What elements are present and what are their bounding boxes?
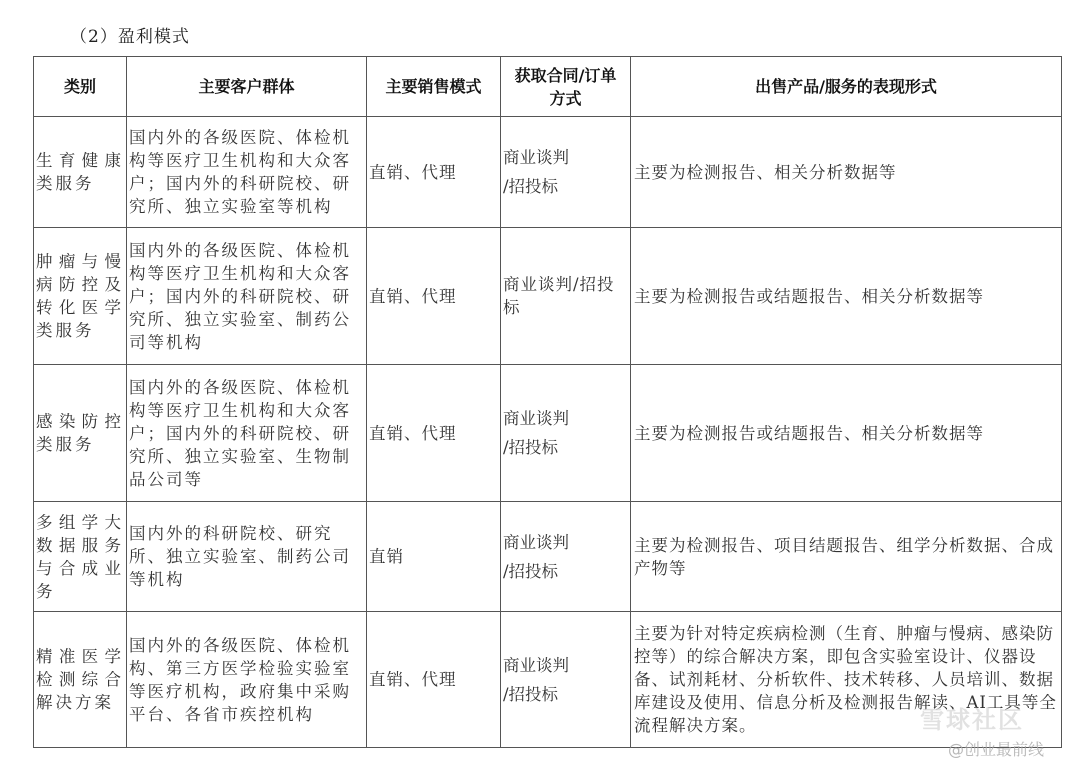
table-row: 感染防控类服务 国内外的各级医院、体检机构等医疗卫生机构和大众客户；国内外的科研… bbox=[34, 365, 1062, 502]
table-header-row: 类别 主要客户群体 主要销售模式 获取合同/订单 方式 出售产品/服务的表现形式 bbox=[34, 57, 1062, 117]
header-acquisition-line2: 方式 bbox=[501, 87, 630, 110]
cell-category: 感染防控类服务 bbox=[34, 365, 127, 502]
cell-acquisition: 商业谈判 /招投标 bbox=[501, 117, 631, 228]
acquisition-line1: 商业谈判 bbox=[503, 651, 628, 680]
cell-product-form: 主要为检测报告或结题报告、相关分析数据等 bbox=[631, 228, 1062, 365]
acquisition-line1: 商业谈判 bbox=[503, 404, 628, 433]
acquisition-line1: 商业谈判 bbox=[503, 528, 628, 557]
acquisition-line2: /招投标 bbox=[503, 433, 628, 462]
cell-sales-mode: 直销、代理 bbox=[367, 612, 501, 748]
cell-product-form: 主要为检测报告、相关分析数据等 bbox=[631, 117, 1062, 228]
acquisition-line2: /招投标 bbox=[503, 680, 628, 709]
cell-acquisition: 商业谈判 /招投标 bbox=[501, 365, 631, 502]
header-customers: 主要客户群体 bbox=[127, 57, 367, 117]
cell-customers: 国内外的科研院校、研究所、独立实验室、制药公司等机构 bbox=[127, 502, 367, 612]
table-row: 精准医学检测综合解决方案 国内外的各级医院、体检机构、第三方医学检验实验室等医疗… bbox=[34, 612, 1062, 748]
watermark-overlay: 雪球社区 bbox=[920, 700, 1024, 735]
cell-customers: 国内外的各级医院、体检机构等医疗卫生机构和大众客户；国内外的科研院校、研究所、独… bbox=[127, 117, 367, 228]
watermark-credit: @创业最前线 bbox=[948, 737, 1044, 760]
header-category: 类别 bbox=[34, 57, 127, 117]
cell-customers: 国内外的各级医院、体检机构等医疗卫生机构和大众客户；国内外的科研院校、研究所、独… bbox=[127, 228, 367, 365]
cell-sales-mode: 直销 bbox=[367, 502, 501, 612]
header-sales-mode: 主要销售模式 bbox=[367, 57, 501, 117]
cell-acquisition: 商业谈判 /招投标 bbox=[501, 612, 631, 748]
acquisition-line1: 商业谈判 bbox=[503, 143, 628, 172]
cell-sales-mode: 直销、代理 bbox=[367, 117, 501, 228]
table-row: 多组学大数据服务与合成业务 国内外的科研院校、研究所、独立实验室、制药公司等机构… bbox=[34, 502, 1062, 612]
header-product-form: 出售产品/服务的表现形式 bbox=[631, 57, 1062, 117]
cell-sales-mode: 直销、代理 bbox=[367, 228, 501, 365]
acquisition-line2: /招投标 bbox=[503, 172, 628, 201]
cell-acquisition: 商业谈判 /招投标 bbox=[501, 502, 631, 612]
cell-customers: 国内外的各级医院、体检机构等医疗卫生机构和大众客户；国内外的科研院校、研究所、独… bbox=[127, 365, 367, 502]
cell-category: 生育健康类服务 bbox=[34, 117, 127, 228]
acquisition-line2: /招投标 bbox=[503, 557, 628, 586]
table-row: 生育健康类服务 国内外的各级医院、体检机构等医疗卫生机构和大众客户；国内外的科研… bbox=[34, 117, 1062, 228]
cell-acquisition: 商业谈判/招投标 bbox=[501, 228, 631, 365]
profit-model-table: 类别 主要客户群体 主要销售模式 获取合同/订单 方式 出售产品/服务的表现形式… bbox=[33, 56, 1062, 748]
header-acquisition: 获取合同/订单 方式 bbox=[501, 57, 631, 117]
table-row: 肿瘤与慢病防控及转化医学类服务 国内外的各级医院、体检机构等医疗卫生机构和大众客… bbox=[34, 228, 1062, 365]
cell-category: 精准医学检测综合解决方案 bbox=[34, 612, 127, 748]
cell-category: 肿瘤与慢病防控及转化医学类服务 bbox=[34, 228, 127, 365]
cell-product-form: 主要为检测报告或结题报告、相关分析数据等 bbox=[631, 365, 1062, 502]
acquisition-line1: 商业谈判/招投标 bbox=[503, 275, 615, 317]
section-title: （2）盈利模式 bbox=[70, 22, 190, 47]
header-acquisition-line1: 获取合同/订单 bbox=[501, 64, 630, 87]
cell-customers: 国内外的各级医院、体检机构、第三方医学检验实验室等医疗机构，政府集中采购平台、各… bbox=[127, 612, 367, 748]
cell-product-form: 主要为检测报告、项目结题报告、组学分析数据、合成产物等 bbox=[631, 502, 1062, 612]
cell-sales-mode: 直销、代理 bbox=[367, 365, 501, 502]
cell-category: 多组学大数据服务与合成业务 bbox=[34, 502, 127, 612]
